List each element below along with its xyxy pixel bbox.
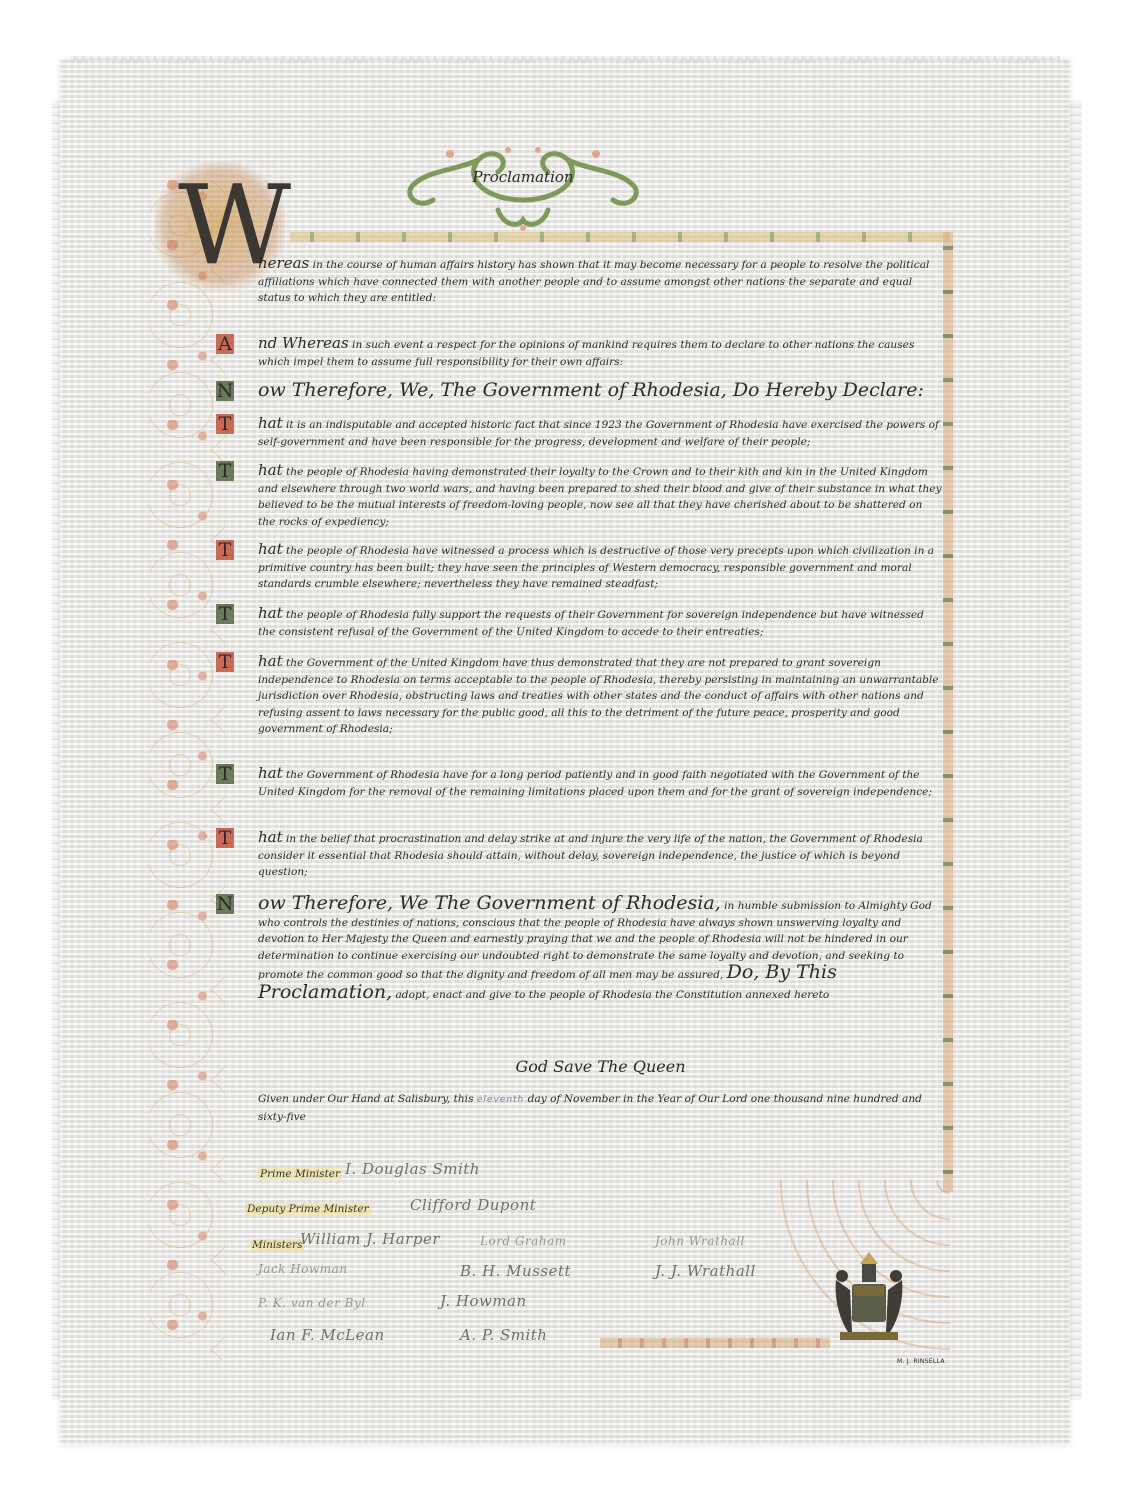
- initial-letter: N: [216, 381, 234, 401]
- paragraph-that-5: T hat the Government of the United Kingd…: [258, 653, 943, 738]
- initial-letter: T: [216, 652, 234, 672]
- initial-letter: T: [216, 828, 234, 848]
- signature-minister: A. P. Smith: [460, 1326, 547, 1344]
- label-ministers: Ministers: [250, 1239, 304, 1251]
- floral-border-right: [943, 232, 953, 1192]
- signature-prime-minister: I. Douglas Smith: [345, 1160, 480, 1178]
- initial-letter: T: [216, 540, 234, 560]
- paragraph-that-7: T hat in the belief that procrastination…: [258, 829, 943, 881]
- paragraph-that-4: T hat the people of Rhodesia fully suppo…: [258, 605, 943, 640]
- initial-letter: T: [216, 461, 234, 481]
- initial-letter: T: [216, 764, 234, 784]
- paragraph-now-therefore-declare: N ow Therefore, We, The Government of Rh…: [258, 382, 924, 402]
- initial-letter: A: [216, 334, 234, 354]
- initial-letter: N: [216, 894, 234, 914]
- paragraph-now-therefore-proclamation: N ow Therefore, We The Government of Rho…: [258, 895, 943, 1003]
- label-deputy-prime-minister: Deputy Prime Minister: [245, 1203, 371, 1215]
- initial-letter: T: [216, 414, 234, 434]
- signature-minister: John Wrathall: [655, 1234, 745, 1248]
- paragraph-whereas: hereas in the course of human affairs hi…: [258, 255, 943, 307]
- heading-title: Proclamation: [378, 168, 668, 186]
- signature-minister: Lord Graham: [480, 1234, 567, 1248]
- signature-minister: Ian F. McLean: [270, 1326, 385, 1344]
- signature-minister: P. K. van der Byl: [258, 1296, 366, 1310]
- paragraph-that-6: T hat the Government of Rhodesia have fo…: [258, 765, 943, 800]
- floral-border-bottom: [600, 1338, 830, 1348]
- signature-minister: William J. Harper: [300, 1230, 440, 1248]
- signature-minister: J. Howman: [440, 1292, 527, 1310]
- artist-credit: M. J. RINSELLA: [897, 1358, 945, 1365]
- signature-minister: J. J. Wrathall: [655, 1262, 756, 1280]
- paragraph-that-2: T hat the people of Rhodesia having demo…: [258, 462, 943, 530]
- label-prime-minister: Prime Minister: [258, 1168, 342, 1180]
- signature-minister: Jack Howman: [258, 1262, 348, 1276]
- paragraph-that-1: T hat it is an indisputable and accepted…: [258, 415, 943, 450]
- floral-border-left: [150, 180, 225, 1360]
- acanthus-ornament-icon: [378, 140, 668, 232]
- floral-border-top: [290, 232, 950, 242]
- paragraph-and-whereas: A nd Whereas in such event a respect for…: [258, 335, 943, 370]
- coat-of-arms-icon: [830, 1250, 908, 1342]
- closing-god-save-the-queen: God Save The Queen: [258, 1057, 943, 1076]
- initial-letter: T: [216, 604, 234, 624]
- handwritten-day: eleventh: [477, 1095, 524, 1105]
- paragraph-that-3: T hat the people of Rhodesia have witnes…: [258, 541, 943, 593]
- signature-deputy-prime-minister: Clifford Dupont: [410, 1196, 536, 1214]
- signature-minister: B. H. Mussett: [460, 1262, 571, 1280]
- given-under-hand-statement: Given under Our Hand at Salisbury, this …: [258, 1091, 943, 1125]
